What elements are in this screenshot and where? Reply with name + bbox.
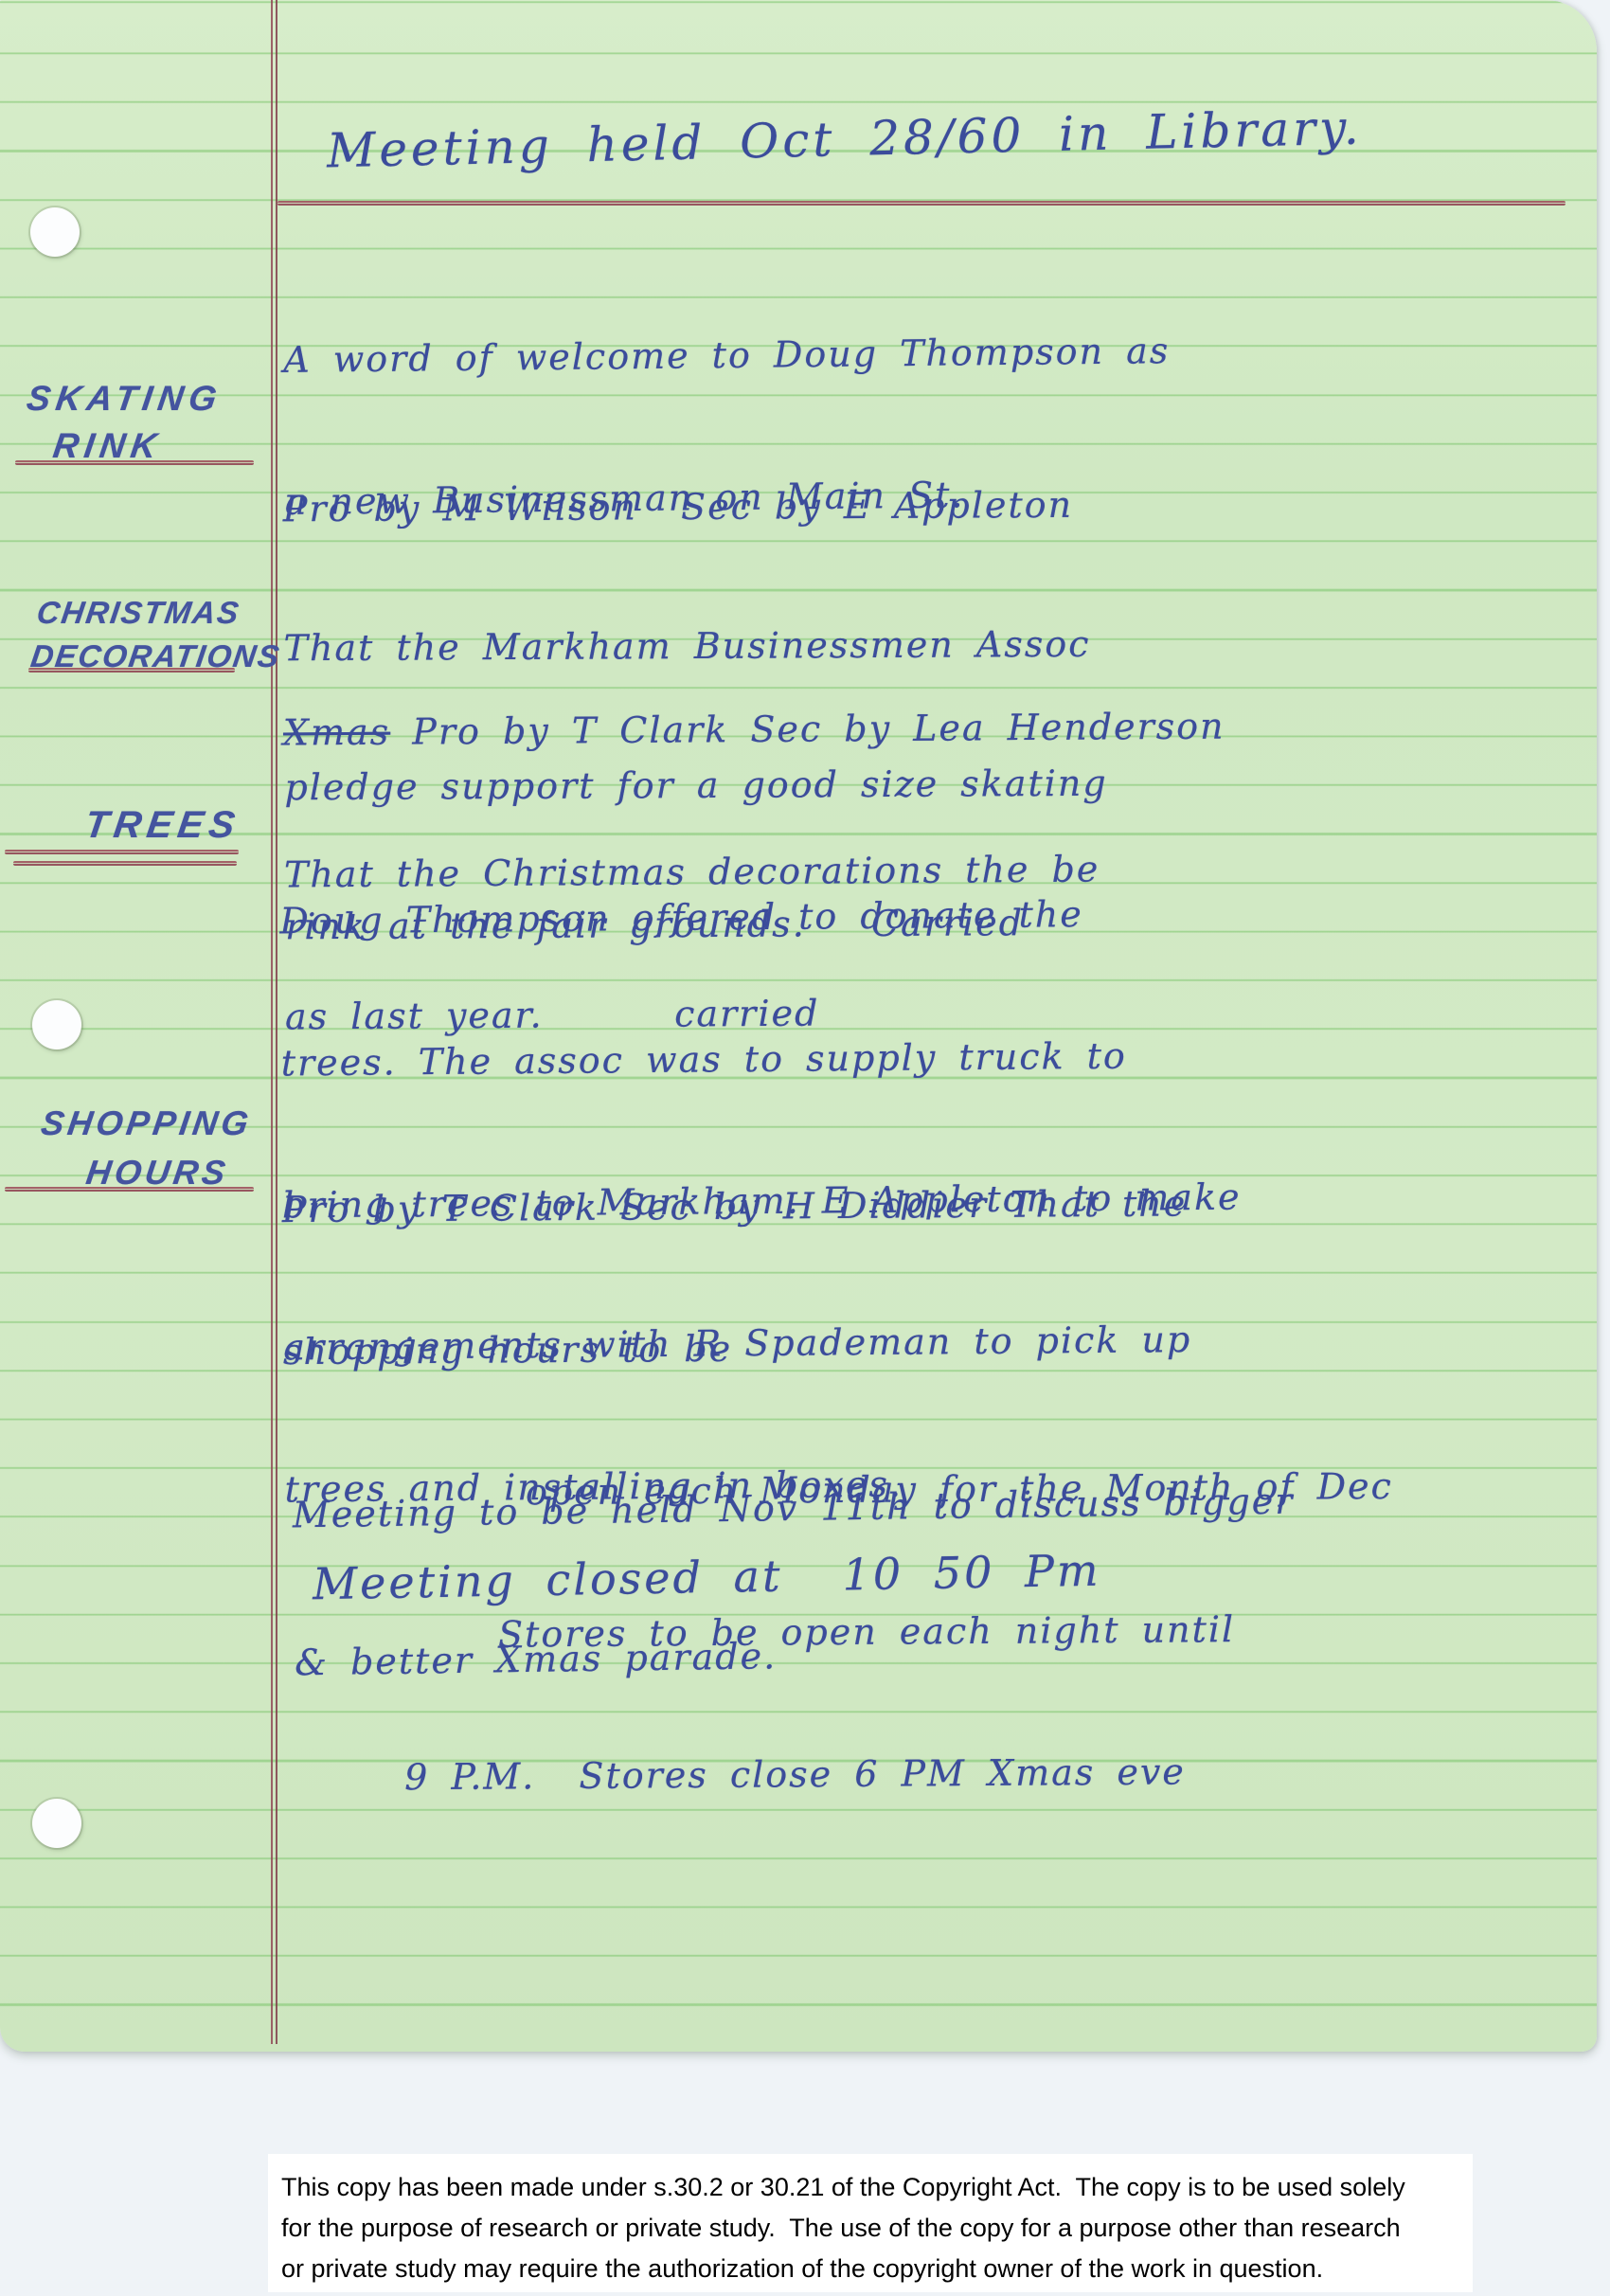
notebook-page: Meeting held Oct 28/60 in Library. A wor…: [0, 0, 1597, 2052]
copyright-notice-line: or private study may require the authori…: [281, 2249, 1473, 2289]
body-line: Pro by T Clark Sec by H Diddier That the: [282, 1178, 1391, 1233]
decorations-heading-underline: [28, 668, 235, 673]
body-line: Doug Thompson offered to donate the: [279, 889, 1239, 945]
title-underline: [277, 201, 1565, 206]
body-line: trees. The assoc was to supply truck to: [280, 1031, 1240, 1087]
hole-punch-top: [30, 207, 80, 257]
trees-heading-underline-2: [13, 861, 237, 866]
margin-heading-skating-rink: SKATING RINK: [17, 375, 225, 470]
body-line: Pro by M Wilson Sec by E Appleton: [283, 482, 1107, 533]
body-line: & better Xmas parade.: [295, 1624, 1297, 1688]
heading-line: SHOPPING: [38, 1099, 255, 1148]
margin-line: [271, 0, 278, 2044]
margin-heading-trees: TREES: [81, 801, 242, 849]
intro-line: A word of welcome to Doug Thompson as: [283, 327, 1171, 384]
margin-heading-shopping-hours: SHOPPING HOURS: [31, 1099, 256, 1197]
margin-heading-christmas-decorations: CHRISTMAS DECORATIONS: [28, 591, 290, 678]
shopping-heading-underline: [5, 1187, 254, 1192]
body-line: shopping hours to be: [283, 1320, 1392, 1375]
body-line-rest: Pro by T Clark Sec by Lea Henderson: [390, 706, 1225, 753]
hole-punch-middle: [32, 1000, 81, 1049]
copyright-notice: This copy has been made under s.30.2 or …: [268, 2154, 1473, 2292]
trees-heading-underline: [5, 850, 239, 854]
copyright-notice-line: This copy has been made under s.30.2 or …: [281, 2167, 1473, 2208]
hole-punch-bottom: [32, 1799, 81, 1848]
body-line: Xmas Pro by T Clark Sec by Lea Henderson: [283, 703, 1225, 757]
heading-line: TREES: [81, 801, 242, 849]
copyright-notice-line: for the purpose of research or private s…: [281, 2208, 1473, 2249]
heading-line: SKATING: [24, 375, 225, 422]
page-title: Meeting held Oct 28/60 in Library.: [326, 100, 1363, 179]
struck-word: Xmas: [283, 711, 391, 754]
body-line: Meeting to be held Nov 11th to discuss b…: [293, 1477, 1295, 1540]
skating-heading-underline: [15, 460, 254, 465]
heading-line: CHRISTMAS: [34, 591, 290, 635]
